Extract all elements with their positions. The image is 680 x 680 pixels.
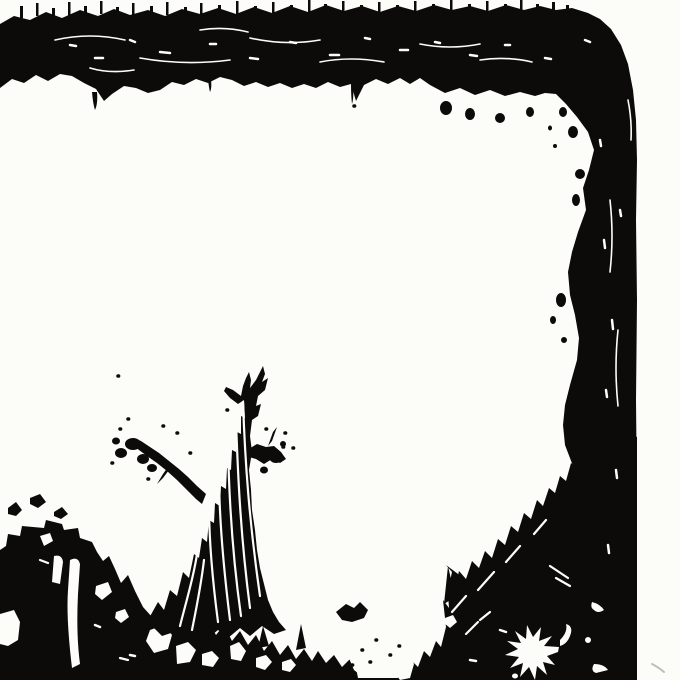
ink-artwork — [0, 0, 680, 680]
ink-artwork-canvas — [0, 0, 680, 680]
